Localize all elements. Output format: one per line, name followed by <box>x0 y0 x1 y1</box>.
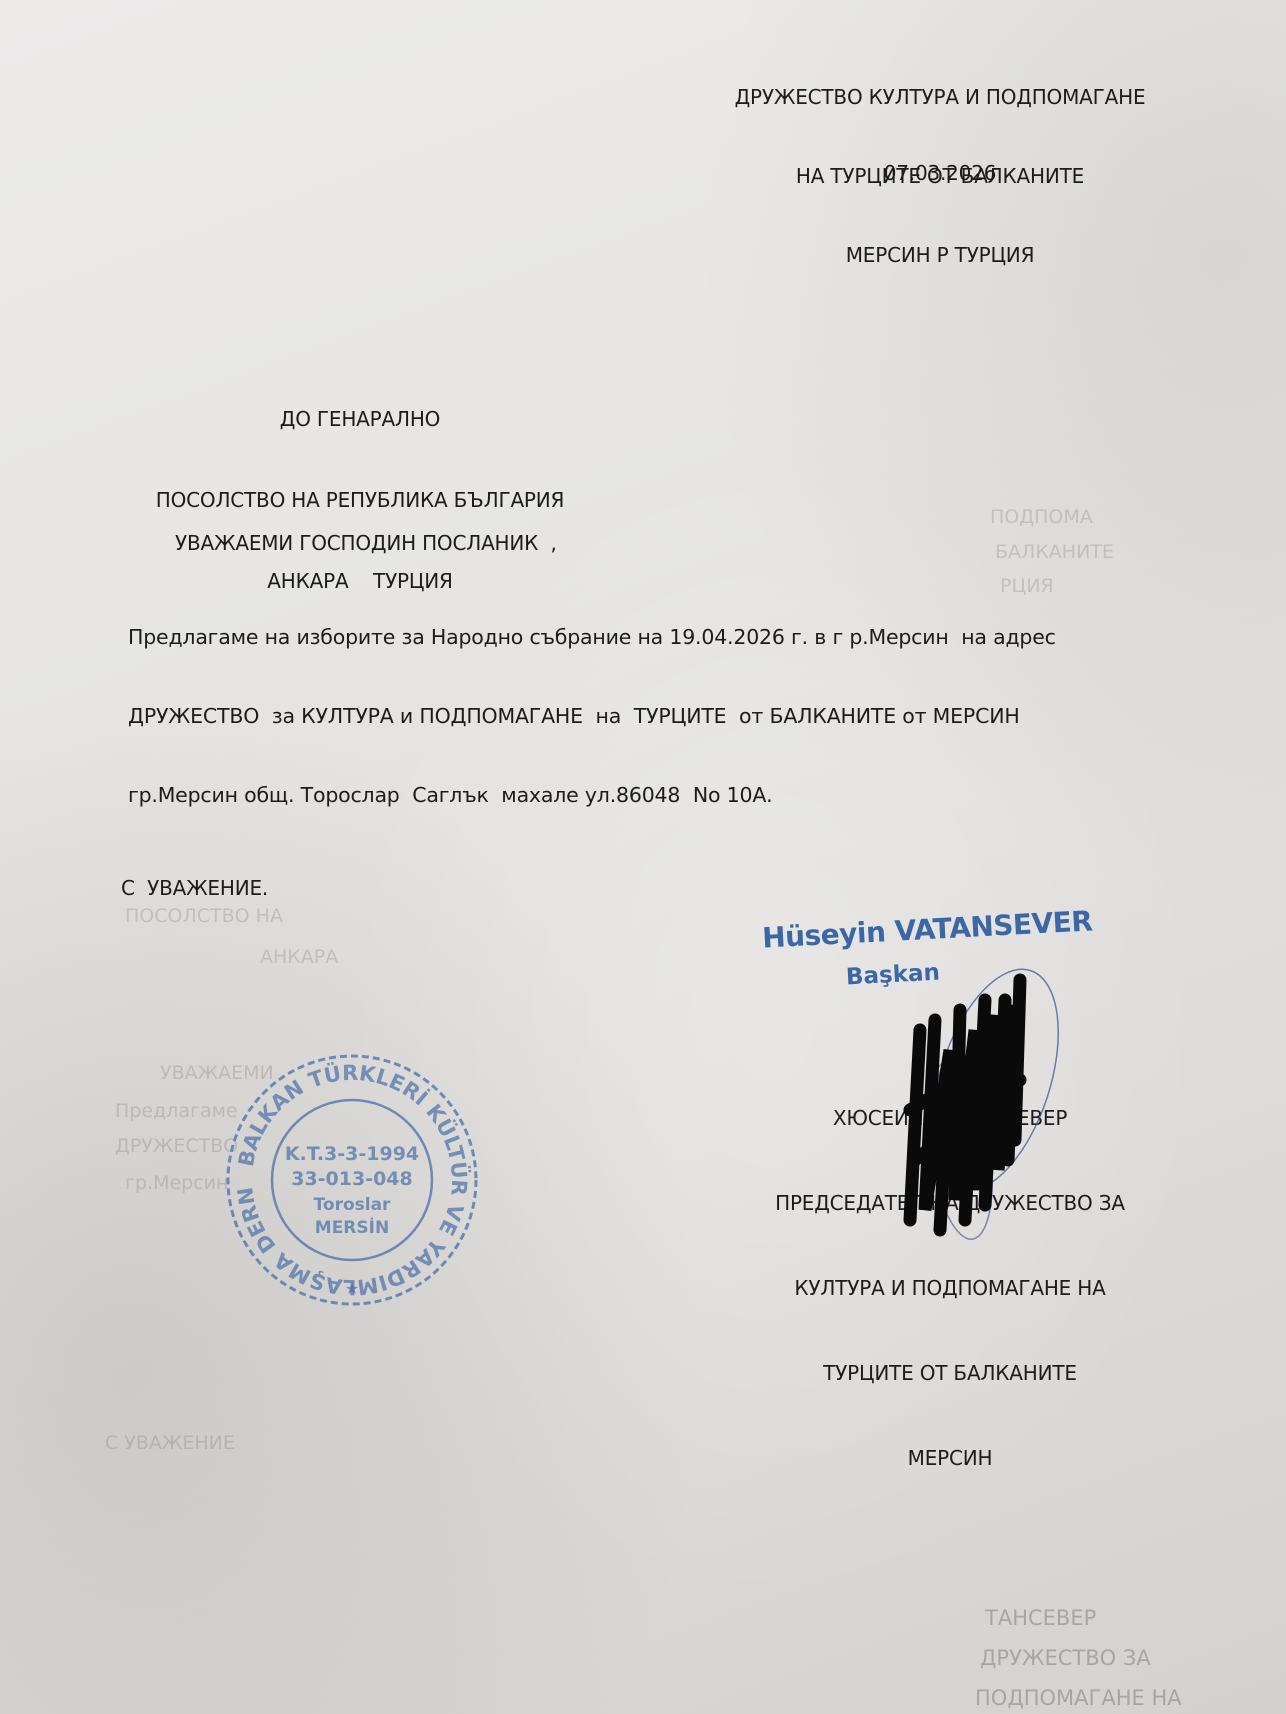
ghost-text: Предлагаме <box>115 1100 238 1122</box>
signature-line: МЕРСИН <box>740 1440 1160 1477</box>
seal-inner-line: K.T.3-3-1994 <box>285 1143 419 1165</box>
seal-inner-line: 33-013-048 <box>291 1168 413 1190</box>
salutation: УВАЖАЕМИ ГОСПОДИН ПОСЛАНИК , <box>175 531 557 555</box>
signature-redaction-icon <box>880 960 1080 1260</box>
ghost-text: БАЛКАНИТЕ <box>995 541 1114 563</box>
seal-inner-line: Toroslar <box>314 1195 391 1215</box>
recipient-line: ДО ГЕНАРАЛНО <box>120 403 600 436</box>
ghost-text: ДРУЖЕСТВО ЗА <box>980 1646 1151 1670</box>
document-date: 07.03.2026 <box>690 159 1190 187</box>
organization-seal-icon: BALKAN TÜRKLERİ KÜLTÜR VE YARDIMLAŞMA DE… <box>222 1050 482 1310</box>
ghost-text: ПОДПОМА <box>990 506 1093 528</box>
name-stamp: Hüseyin VATANSEVER <box>761 904 1093 954</box>
closing: С УВАЖЕНИЕ. <box>121 876 268 900</box>
sender-line: ДРУЖЕСТВО КУЛТУРА И ПОДПОМАГАНЕ <box>690 82 1190 113</box>
seal-star-icon: ★ <box>345 1279 359 1298</box>
ghost-text: ПОСОЛСТВО НА <box>125 905 283 927</box>
seal-inner-line: MERSİN <box>315 1216 389 1238</box>
body-line: ДРУЖЕСТВО за КУЛТУРА и ПОДПОМАГАНЕ на ТУ… <box>128 701 1056 732</box>
ghost-text: гр.Мерсин <box>125 1172 228 1194</box>
body-line: Предлагаме на изборите за Народно събран… <box>128 622 1056 653</box>
signature-line: ТУРЦИТЕ ОТ БАЛКАНИТЕ <box>740 1355 1160 1392</box>
ghost-text: ДРУЖЕСТВО <box>115 1135 238 1157</box>
ghost-text: ТАНСЕВЕР <box>985 1606 1096 1630</box>
sender-line: МЕРСИН Р ТУРЦИЯ <box>690 240 1190 271</box>
ghost-text: АНКАРА <box>260 946 338 968</box>
body-line: гр.Мерсин общ. Торослар Саглък махале ул… <box>128 780 1056 811</box>
signature-line: КУЛТУРА И ПОДПОМАГАНЕ НА <box>740 1270 1160 1307</box>
letter-body: Предлагаме на изборите за Народно събран… <box>128 574 1056 835</box>
ghost-text: С УВАЖЕНИЕ <box>105 1432 235 1454</box>
recipient-line: ПОСОЛСТВО НА РЕПУБЛИКА БЪЛГАРИЯ <box>120 484 600 517</box>
ghost-text: ПОДПОМАГАНЕ НА <box>975 1686 1182 1710</box>
